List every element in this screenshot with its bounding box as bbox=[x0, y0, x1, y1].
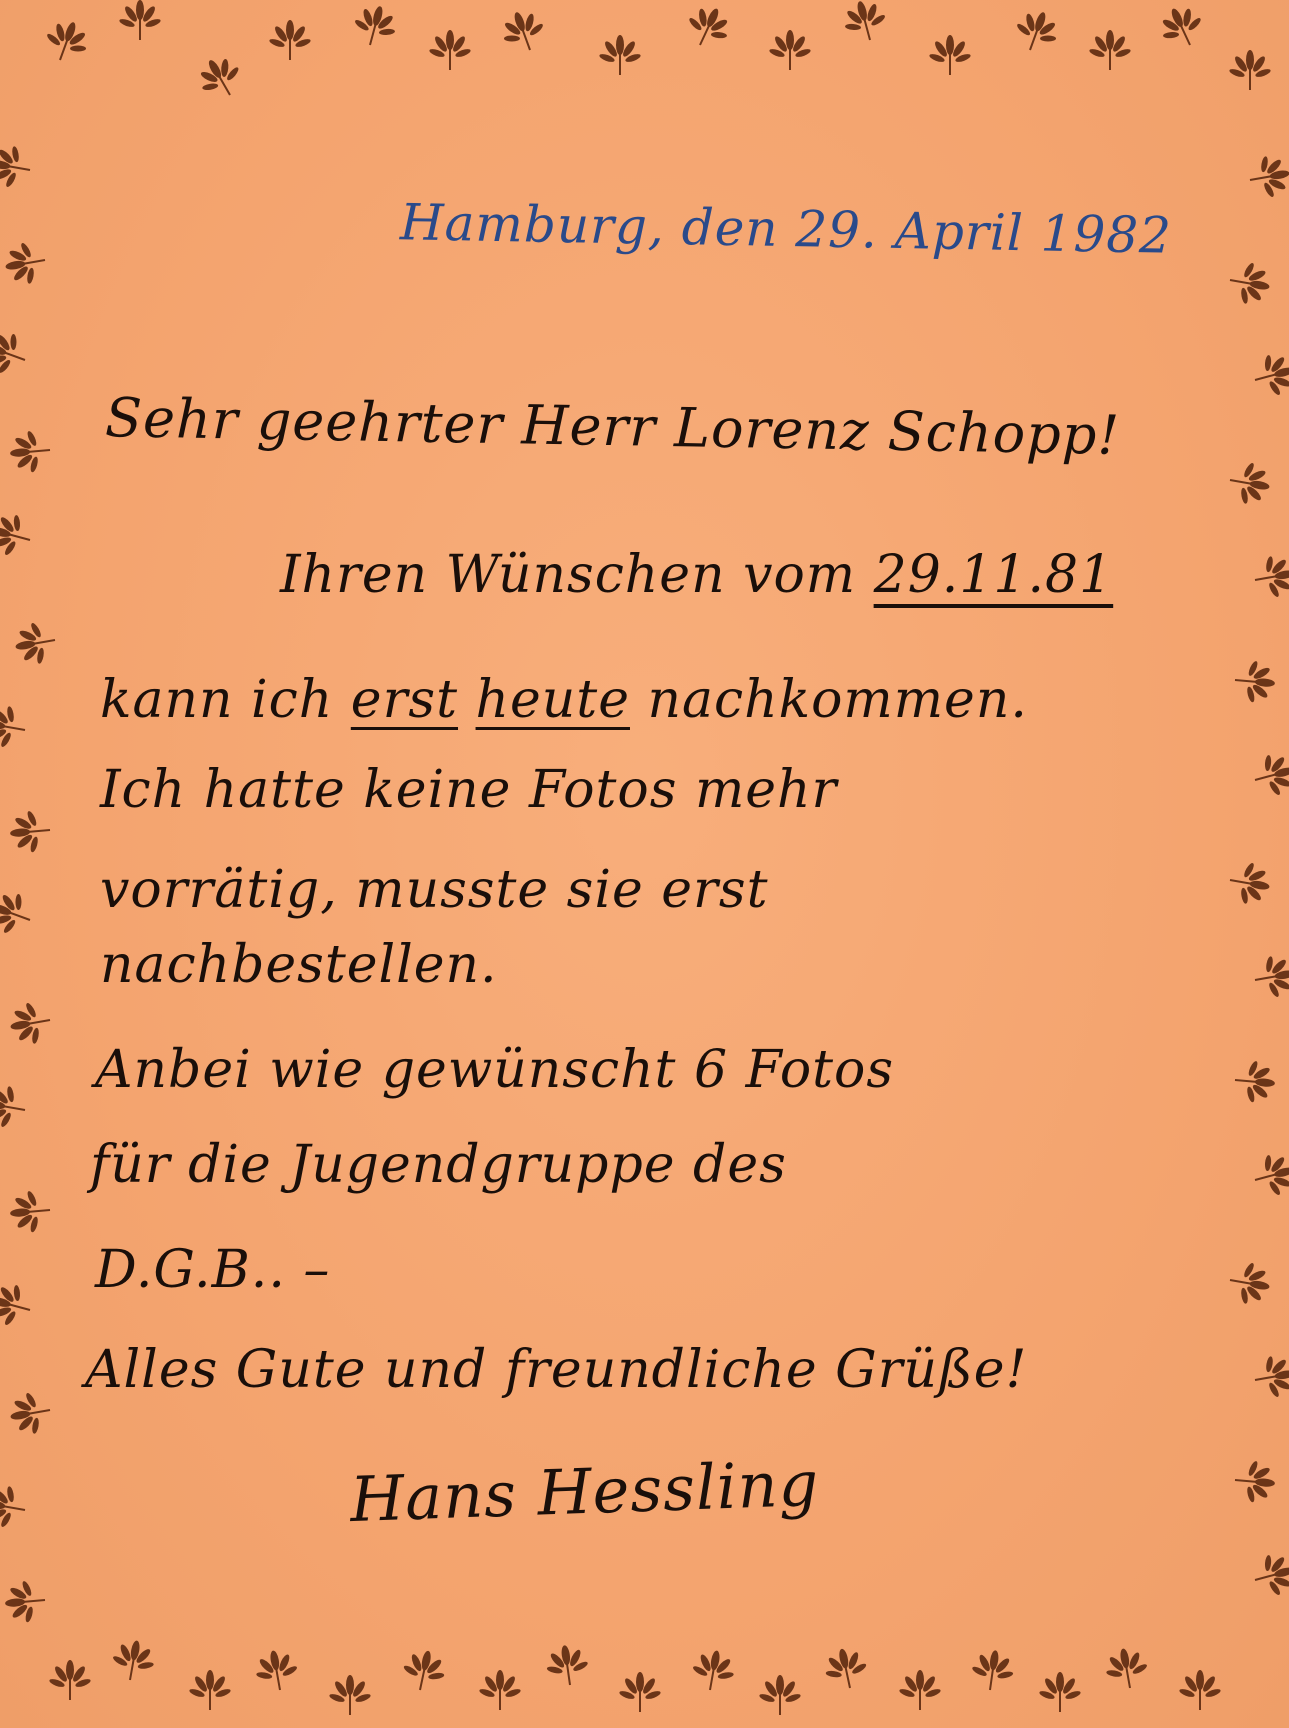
body-line-2-a: kann ich bbox=[100, 670, 351, 730]
referenced-date: 29.11.81 bbox=[874, 545, 1114, 605]
body-line-2-c: nachkommen. bbox=[630, 670, 1028, 730]
body-line-2-b bbox=[458, 670, 476, 730]
body-line-7: für die Jugendgruppe des bbox=[90, 1135, 787, 1195]
closing: Alles Gute und freundliche Grüße! bbox=[85, 1340, 1027, 1400]
body-line-6: Anbei wie gewünscht 6 Fotos bbox=[95, 1040, 894, 1100]
body-line-1-text: Ihren Wünschen vom bbox=[280, 545, 874, 605]
underlined-heute: heute bbox=[476, 670, 630, 730]
body-line-5: nachbestellen. bbox=[100, 935, 498, 995]
underlined-erst: erst bbox=[351, 670, 458, 730]
body-line-4: vorrätig, musste sie erst bbox=[100, 860, 768, 920]
body-line-8: D.G.B.. – bbox=[95, 1240, 330, 1300]
body-line-2: kann ich erst heute nachkommen. bbox=[100, 670, 1028, 730]
body-line-1: Ihren Wünschen vom 29.11.81 bbox=[280, 545, 1113, 605]
body-line-3: Ich hatte keine Fotos mehr bbox=[100, 760, 837, 820]
